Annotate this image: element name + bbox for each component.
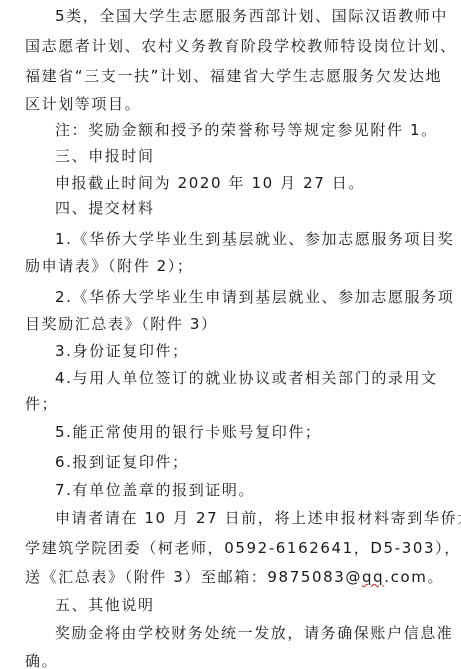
email-suffix: .com。 bbox=[384, 568, 444, 586]
email-paragraph-line: 送《汇总表》（附件 3）至邮箱：9875083@qq.com。 bbox=[0, 567, 461, 587]
text-line: 学建筑学院团委（柯老师，0592-6162641，D5-303），并发 bbox=[0, 538, 461, 558]
text-line: 6.报到证复印件； bbox=[0, 452, 461, 472]
text-line: 四、提交材料 bbox=[0, 198, 461, 218]
text-line: 5类，全国大学生志愿服务西部计划、国际汉语教师中 bbox=[0, 6, 461, 26]
text-line: 1.《华侨大学毕业生到基层就业、参加志愿服务项目奖 bbox=[0, 229, 461, 249]
text-line: 福建省“三支一扶”计划、福建省大学生志愿服务欠发达地 bbox=[0, 66, 461, 86]
text-line: 注：奖励金额和授予的荣誉称号等规定参见附件 1。 bbox=[0, 120, 461, 140]
text-line: 7.有单位盖章的报到证明。 bbox=[0, 480, 461, 500]
text-line: 申报截止时间为 2020 年 10 月 27 日。 bbox=[0, 173, 461, 193]
email-prefix: 送《汇总表》（附件 3）至邮箱：9875083@ bbox=[25, 568, 362, 586]
spellcheck-flagged-word: qq bbox=[362, 568, 384, 586]
text-line: 目奖励汇总表》（附件 3） bbox=[0, 314, 461, 334]
text-line: 申请者请在 10 月 27 日前，将上述申报材料寄到华侨大 bbox=[0, 508, 461, 528]
text-line: 励申请表》（附件 2）； bbox=[0, 256, 461, 276]
text-line: 奖励金将由学校财务处统一发放，请务确保账户信息准 bbox=[0, 623, 461, 643]
text-line: 三、申报时间 bbox=[0, 146, 461, 166]
text-line: 2.《华侨大学毕业生申请到基层就业、参加志愿服务项 bbox=[0, 287, 461, 307]
text-line: 国志愿者计划、农村义务教育阶段学校教师特设岗位计划、 bbox=[0, 36, 461, 56]
text-line: 3.身份证复印件； bbox=[0, 341, 461, 361]
text-line: 4.与用人单位签订的就业协议或者相关部门的录用文 bbox=[0, 368, 461, 388]
text-line: 区计划等项目。 bbox=[0, 94, 461, 114]
text-line: 5.能正常使用的银行卡账号复印件； bbox=[0, 422, 461, 442]
text-line: 件； bbox=[0, 394, 461, 414]
text-line: 确。 bbox=[0, 651, 461, 669]
text-line: 五、其他说明 bbox=[0, 595, 461, 615]
